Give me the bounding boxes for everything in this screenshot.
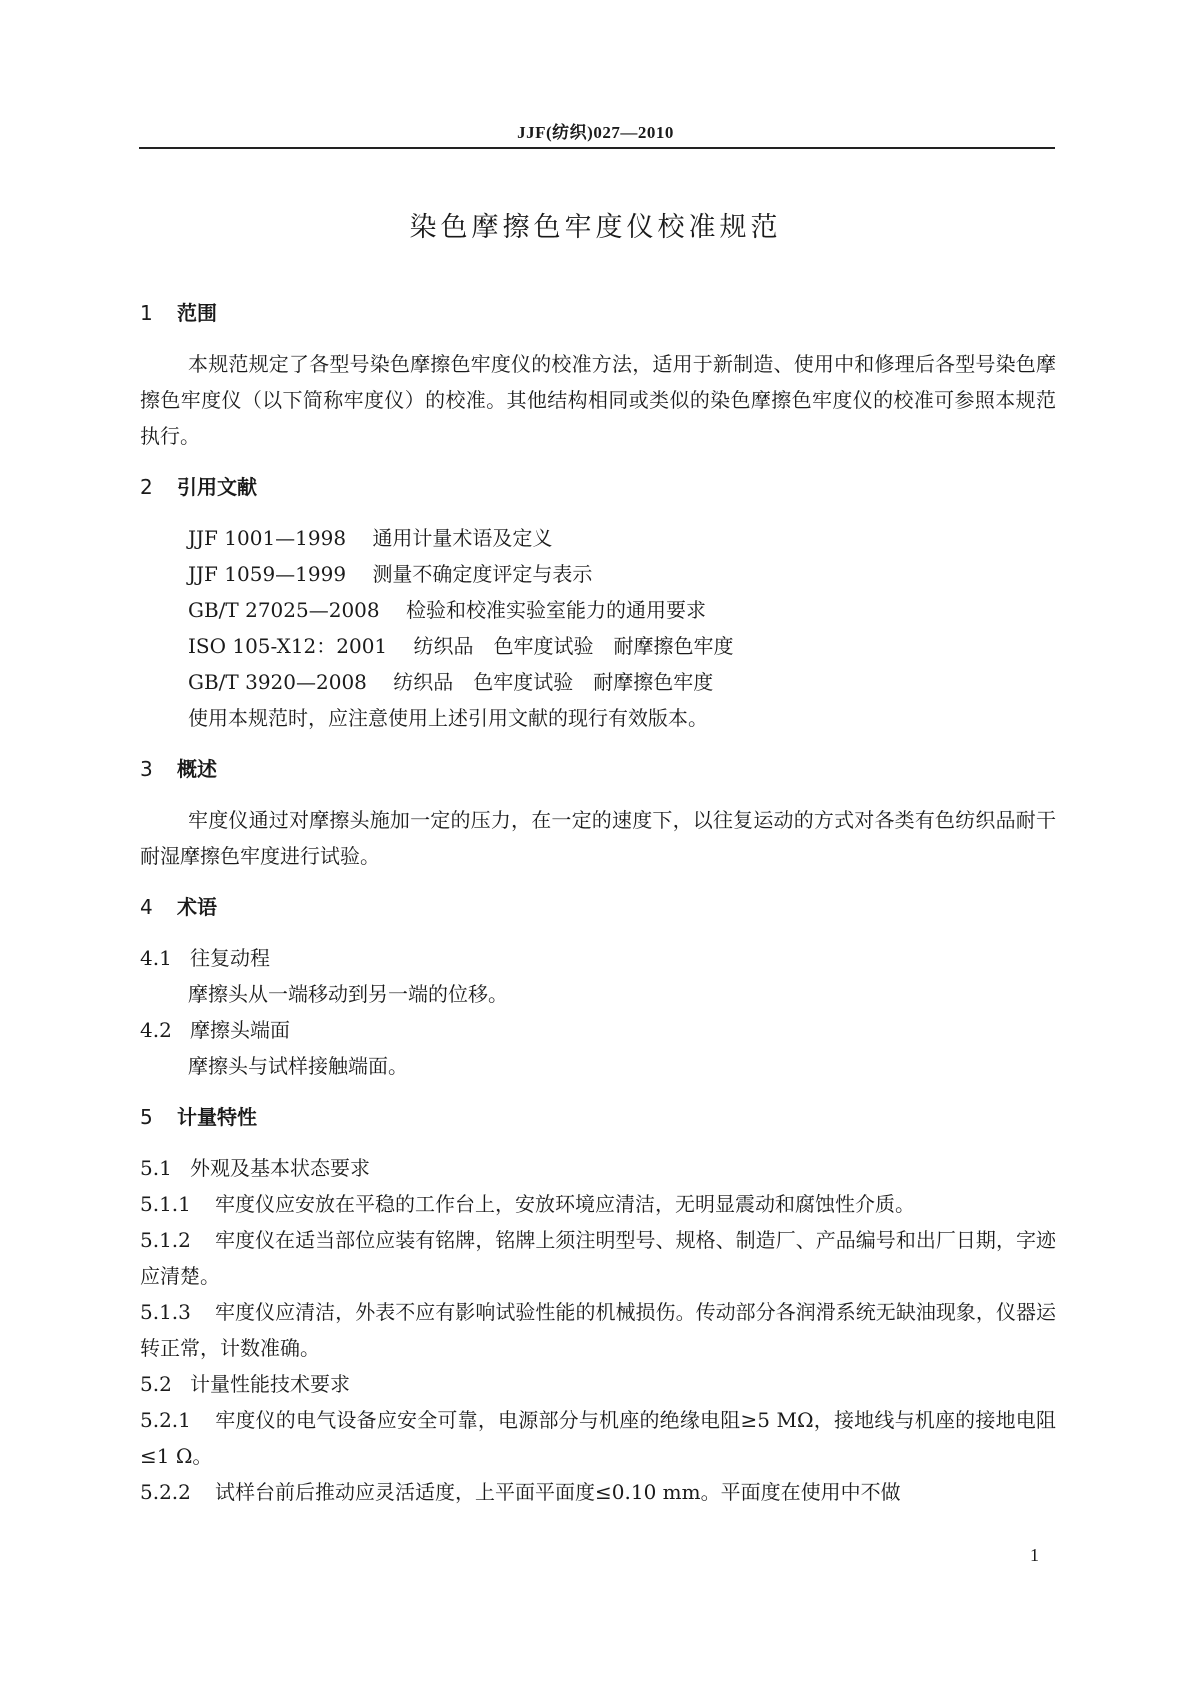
subsection-number: 5.2 [140,1366,190,1402]
document-title: 染色摩擦色牢度仪校准规范 [0,205,1191,244]
subsection-title: 外观及基本状态要求 [190,1156,370,1180]
document-page: JJF(纺织)027—2010 染色摩擦色牢度仪校准规范 1范围 本规范规定了各… [0,0,1191,1684]
reference-item: JJF 1001—1998 通用计量术语及定义 [188,520,1056,556]
term-definition: 摩擦头从一端移动到另一端的位移。 [140,976,1056,1012]
term-name: 往复动程 [190,946,270,970]
reference-title: 检验和校准实验室能力的通用要求 [406,598,706,622]
clause-number: 5.1.1 [140,1186,215,1222]
section-number: 5 [140,1102,177,1132]
reference-title: 纺织品 色牢度试验 耐摩擦色牢度 [414,634,734,658]
clause-number: 5.2.2 [140,1474,215,1510]
section-heading-terms: 4术语 [140,892,1056,922]
reference-code: JJF 1059—1999 [188,562,346,586]
reference-code: GB/T 27025—2008 [188,598,380,622]
clause: 5.1.2牢度仪在适当部位应装有铭牌，铭牌上须注明型号、规格、制造厂、产品编号和… [140,1222,1056,1294]
clause-number: 5.1.3 [140,1294,215,1330]
term-definition: 摩擦头与试样接触端面。 [140,1048,1056,1084]
reference-code: GB/T 3920—2008 [188,670,367,694]
subsection-number: 5.1 [140,1150,190,1186]
section-heading-references: 2引用文献 [140,472,1056,502]
clause: 5.1.1牢度仪应安放在平稳的工作台上，安放环境应清洁，无明显震动和腐蚀性介质。 [140,1186,1056,1222]
term-heading: 4.1往复动程 [140,940,1056,976]
clause: 5.1.3牢度仪应清洁，外表不应有影响试验性能的机械损伤。传动部分各润滑系统无缺… [140,1294,1056,1366]
section-heading-overview: 3概述 [140,754,1056,784]
scope-paragraph: 本规范规定了各型号染色摩擦色牢度仪的校准方法，适用于新制造、使用中和修理后各型号… [140,346,1056,454]
document-body: 1范围 本规范规定了各型号染色摩擦色牢度仪的校准方法，适用于新制造、使用中和修理… [140,298,1056,1510]
clause-text: 试样台前后推动应灵活适度，上平面平面度≤0.10 mm。平面度在使用中不做 [215,1480,901,1504]
reference-title: 测量不确定度评定与表示 [372,562,592,586]
reference-title: 纺织品 色牢度试验 耐摩擦色牢度 [393,670,713,694]
section-title: 计量特性 [177,1105,257,1129]
clause: 5.2.2试样台前后推动应灵活适度，上平面平面度≤0.10 mm。平面度在使用中… [140,1474,1056,1510]
overview-paragraph: 牢度仪通过对摩擦头施加一定的压力，在一定的速度下，以往复运动的方式对各类有色纺织… [140,802,1056,874]
section-title: 术语 [177,895,217,919]
section-number: 2 [140,472,177,502]
subsection-heading: 5.2计量性能技术要求 [140,1366,1056,1402]
term-number: 4.2 [140,1012,190,1048]
term-heading: 4.2摩擦头端面 [140,1012,1056,1048]
reference-code: ISO 105-X12：2001 [188,634,387,658]
clause-text: 牢度仪在适当部位应装有铭牌，铭牌上须注明型号、规格、制造厂、产品编号和出厂日期，… [140,1228,1056,1288]
clause-number: 5.2.1 [140,1402,215,1438]
reference-list: JJF 1001—1998 通用计量术语及定义 JJF 1059—1999 测量… [140,520,1056,736]
subsection-heading: 5.1外观及基本状态要求 [140,1150,1056,1186]
page-number: 1 [1030,1545,1039,1566]
standard-code-header: JJF(纺织)027—2010 [0,118,1191,143]
reference-note: 使用本规范时，应注意使用上述引用文献的现行有效版本。 [188,700,1056,736]
subsection-title: 计量性能技术要求 [190,1372,350,1396]
reference-code: JJF 1001—1998 [188,526,346,550]
section-number: 4 [140,892,177,922]
reference-item: ISO 105-X12：2001 纺织品 色牢度试验 耐摩擦色牢度 [188,628,1056,664]
section-number: 1 [140,298,177,328]
header-divider [139,147,1055,149]
section-heading-metrology: 5计量特性 [140,1102,1056,1132]
reference-item: JJF 1059—1999 测量不确定度评定与表示 [188,556,1056,592]
term-name: 摩擦头端面 [190,1018,290,1042]
section-title: 概述 [177,757,217,781]
clause-text: 牢度仪应清洁，外表不应有影响试验性能的机械损伤。传动部分各润滑系统无缺油现象，仪… [140,1300,1056,1360]
reference-title: 通用计量术语及定义 [372,526,552,550]
term-number: 4.1 [140,940,190,976]
reference-item: GB/T 3920—2008 纺织品 色牢度试验 耐摩擦色牢度 [188,664,1056,700]
clause-text: 牢度仪应安放在平稳的工作台上，安放环境应清洁，无明显震动和腐蚀性介质。 [215,1192,915,1216]
section-number: 3 [140,754,177,784]
section-title: 范围 [177,301,217,325]
clause-number: 5.1.2 [140,1222,215,1258]
section-heading-scope: 1范围 [140,298,1056,328]
reference-item: GB/T 27025—2008 检验和校准实验室能力的通用要求 [188,592,1056,628]
clause-text: 牢度仪的电气设备应安全可靠，电源部分与机座的绝缘电阻≥5 MΩ，接地线与机座的接… [140,1408,1056,1468]
clause: 5.2.1牢度仪的电气设备应安全可靠，电源部分与机座的绝缘电阻≥5 MΩ，接地线… [140,1402,1056,1474]
section-title: 引用文献 [177,475,257,499]
